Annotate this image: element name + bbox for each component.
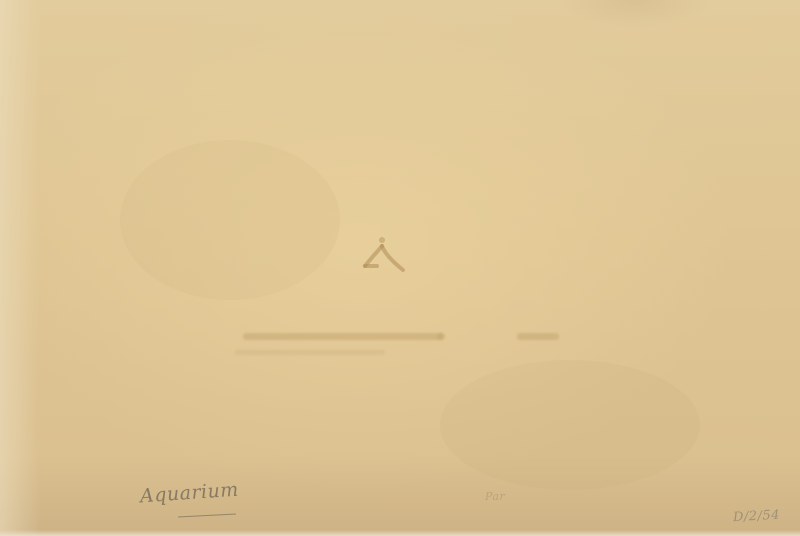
handwritten-title: Aquarium — [139, 479, 239, 508]
show-through-number — [517, 333, 559, 340]
show-through-text-block — [243, 333, 443, 340]
show-through-monogram-icon — [355, 232, 415, 282]
paper-stain — [440, 360, 700, 490]
paper-top-fold — [560, 0, 710, 28]
show-through-subtext — [235, 350, 385, 355]
paper-sheet: Aquarium Par D/2/54 — [0, 0, 800, 536]
handwritten-date: D/2/54 — [733, 508, 781, 525]
show-through-dot — [437, 333, 445, 340]
handwritten-underline — [178, 513, 236, 517]
faint-pencil-mark: Par — [485, 490, 505, 503]
paper-bottom-edge — [0, 530, 800, 536]
show-through-text-line — [235, 330, 565, 344]
paper-left-edge-highlight — [0, 0, 40, 536]
paper-stain — [120, 140, 340, 300]
